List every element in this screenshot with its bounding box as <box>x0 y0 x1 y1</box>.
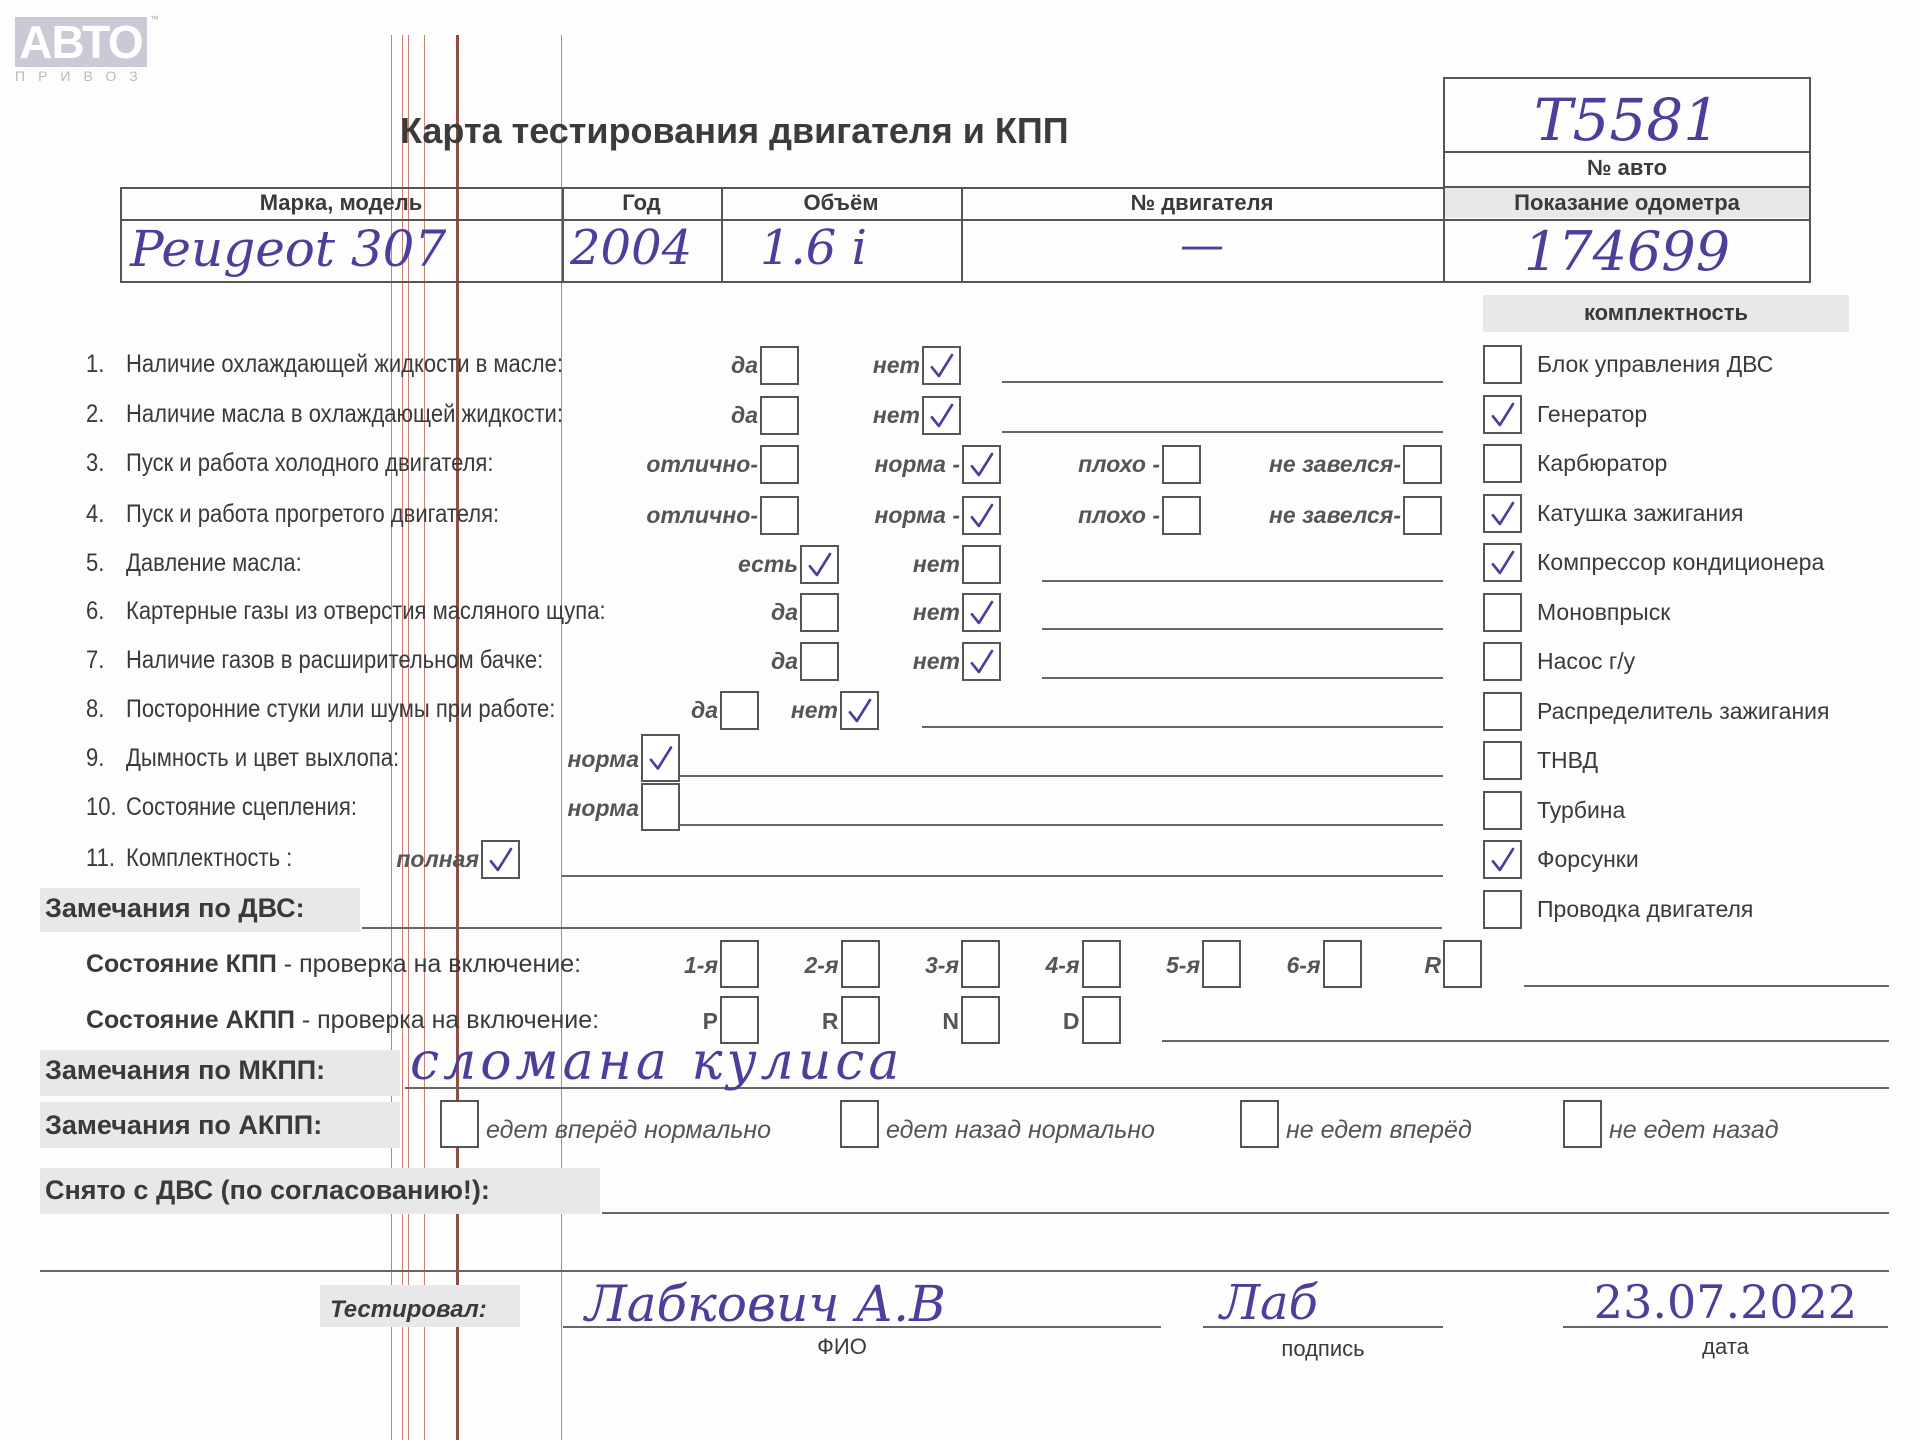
gear-label: 3-я <box>861 952 959 979</box>
auto-remark-label: не едет вперёд <box>1286 1116 1472 1145</box>
completeness-item-label: ТНВД <box>1537 747 1598 774</box>
signature-caption: подпись <box>1203 1336 1443 1362</box>
check-label: Картерные газы из отверстия масляного щу… <box>126 597 606 626</box>
completeness-item-label: Насос г/у <box>1537 648 1635 675</box>
remarks-manual-value[interactable]: сломана кулиса <box>410 1032 903 1092</box>
completeness-checkbox[interactable] <box>1483 642 1522 681</box>
checkmark-icon <box>643 736 678 780</box>
completeness-checkbox[interactable] <box>1483 840 1522 879</box>
check-label: Наличие охлаждающей жидкости в масле: <box>126 350 563 379</box>
completeness-checkbox[interactable] <box>1483 543 1522 582</box>
manual-gearbox-desc: - проверка на включение: <box>277 950 581 978</box>
notes-field[interactable] <box>1002 431 1443 433</box>
option-label: нет <box>660 352 920 379</box>
check-number: 10. <box>86 793 121 822</box>
gear-checkbox[interactable] <box>1443 940 1482 988</box>
completeness-item-label: Моновпрыск <box>1537 599 1670 626</box>
auto-remark-label: едет назад нормально <box>886 1116 1155 1145</box>
check-number: 2. <box>86 400 121 429</box>
manual-gearbox-title: Состояние КПП <box>86 950 277 978</box>
checkmark-icon <box>964 644 999 679</box>
option-checkbox[interactable] <box>962 642 1001 681</box>
gear-label: N <box>861 1008 959 1035</box>
car-number-label: № авто <box>1443 155 1811 181</box>
check-number: 9. <box>86 744 121 773</box>
auto-gearbox-desc: - проверка на включение: <box>295 1006 599 1034</box>
auto-remark-label: едет вперёд нормально <box>486 1116 771 1145</box>
auto-remark-checkbox[interactable] <box>1240 1100 1279 1148</box>
completeness-checkbox[interactable] <box>1483 494 1522 533</box>
removed-parts-label: Снято с ДВС (по согласованию!): <box>45 1175 490 1206</box>
gear-label: D <box>982 1008 1080 1035</box>
page-title: Карта тестирования двигателя и КПП <box>400 110 1069 152</box>
col-engine-number: № двигателя <box>961 190 1443 216</box>
completeness-checkbox[interactable] <box>1483 741 1522 780</box>
checkmark-icon <box>842 693 877 728</box>
option-label: не завелся- <box>1050 451 1401 478</box>
remarks-engine-label: Замечания по ДВС: <box>45 893 305 924</box>
auto-remark-checkbox[interactable] <box>440 1100 479 1148</box>
completeness-item-label: Карбюратор <box>1537 450 1667 477</box>
check-number: 4. <box>86 500 121 529</box>
checkmark-icon <box>964 595 999 630</box>
option-label: нет <box>700 551 960 578</box>
engine-number-value[interactable]: — <box>961 220 1443 271</box>
completeness-checkbox[interactable] <box>1483 791 1522 830</box>
divider <box>40 1270 1889 1272</box>
completeness-title: комплектность <box>1483 300 1849 326</box>
check-label: Наличие масла в охлаждающей жидкости: <box>126 400 563 429</box>
checkmark-icon <box>924 348 959 383</box>
auto-remark-checkbox[interactable] <box>1563 1100 1602 1148</box>
remarks-manual-label: Замечания по МКПП: <box>45 1055 325 1086</box>
col-volume: Объём <box>721 190 961 216</box>
volume-value[interactable]: 1.6 i <box>760 220 950 276</box>
gear-label: 6-я <box>1223 952 1321 979</box>
option-label: норма <box>340 795 639 822</box>
gear-label: P <box>620 1008 718 1035</box>
notes-field[interactable] <box>1042 580 1443 582</box>
checkmark-icon <box>1485 842 1520 877</box>
option-checkbox[interactable] <box>641 734 680 782</box>
notes-field[interactable] <box>562 875 1443 877</box>
check-number: 5. <box>86 549 121 578</box>
completeness-checkbox[interactable] <box>1483 890 1522 929</box>
col-make-model: Марка, модель <box>120 190 562 216</box>
completeness-item-label: Блок управления ДВС <box>1537 351 1773 378</box>
checkmark-icon <box>1485 545 1520 580</box>
date-caption: дата <box>1563 1334 1888 1360</box>
option-label: нет <box>700 599 960 626</box>
check-number: 8. <box>86 695 121 724</box>
auto-remark-label: не едет назад <box>1609 1116 1779 1145</box>
option-checkbox[interactable] <box>962 545 1001 584</box>
trademark: ™ <box>150 14 159 24</box>
odometer-value[interactable]: 174699 <box>1443 220 1811 283</box>
option-checkbox[interactable] <box>1403 445 1442 484</box>
check-number: 3. <box>86 449 121 478</box>
year-value[interactable]: 2004 <box>570 220 720 276</box>
auto-gearbox-note-field[interactable] <box>1162 1040 1889 1042</box>
notes-field[interactable] <box>1042 628 1443 630</box>
checkmark-icon <box>1485 397 1520 432</box>
name-caption: ФИО <box>563 1334 1121 1360</box>
completeness-checkbox[interactable] <box>1483 395 1522 434</box>
date-value[interactable]: 23.07.2022 <box>1563 1275 1888 1329</box>
check-label: Давление масла: <box>126 549 302 578</box>
check-number: 7. <box>86 646 121 675</box>
remarks-auto-label: Замечания по АКПП: <box>45 1110 322 1141</box>
gear-label: R <box>741 1008 839 1035</box>
check-label: Наличие газов в расширительном бачке: <box>126 646 543 675</box>
gear-label: 1-я <box>620 952 718 979</box>
option-label: полная <box>170 846 479 873</box>
gear-label: R <box>1343 952 1441 979</box>
option-checkbox[interactable] <box>481 840 520 879</box>
option-checkbox[interactable] <box>962 593 1001 632</box>
checkmark-icon <box>924 398 959 433</box>
notes-field[interactable] <box>680 824 1443 826</box>
auto-gearbox-label: Состояние АКПП - проверка на включение: <box>86 1006 599 1035</box>
auto-remark-checkbox[interactable] <box>840 1100 879 1148</box>
col-odometer: Показание одометра <box>1443 190 1811 216</box>
auto-gearbox-title: Состояние АКПП <box>86 1006 295 1034</box>
brand-logo-subtitle: ПРИВОЗ <box>15 68 151 84</box>
gear-label: 5-я <box>1102 952 1200 979</box>
notes-field[interactable] <box>680 775 1443 777</box>
gear-label: 4-я <box>982 952 1080 979</box>
completeness-checkbox[interactable] <box>1483 692 1522 731</box>
col-year: Год <box>562 190 721 216</box>
tester-name-value[interactable]: Лабкович А.В <box>585 1275 946 1333</box>
make-model-value[interactable]: Peugeot 307 <box>130 220 560 278</box>
option-label: нет <box>700 648 960 675</box>
option-checkbox[interactable] <box>922 346 961 385</box>
option-checkbox[interactable] <box>840 691 879 730</box>
checkmark-icon <box>483 842 518 877</box>
option-label: нет <box>660 402 920 429</box>
option-checkbox[interactable] <box>641 783 680 831</box>
option-label: нет <box>580 697 838 724</box>
manual-gearbox-label: Состояние КПП - проверка на включение: <box>86 950 581 979</box>
completeness-checkbox[interactable] <box>1483 345 1522 384</box>
option-label: не завелся- <box>1050 502 1401 529</box>
tested-by-label: Тестировал: <box>330 1296 487 1324</box>
check-label: Состояние сцепления: <box>126 793 357 822</box>
checkmark-icon <box>1485 496 1520 531</box>
completeness-item-label: Катушка зажигания <box>1537 500 1743 527</box>
check-number: 11. <box>86 844 121 873</box>
completeness-item-label: Генератор <box>1537 401 1647 428</box>
check-number: 1. <box>86 350 121 379</box>
brand-logo: АВТО <box>15 17 147 67</box>
completeness-checkbox[interactable] <box>1483 444 1522 483</box>
gear-checkbox[interactable] <box>1082 996 1121 1044</box>
notes-field[interactable] <box>922 726 1443 728</box>
completeness-item-label: Компрессор кондиционера <box>1537 549 1824 576</box>
remarks-engine-field[interactable] <box>362 927 1442 929</box>
car-number-value[interactable]: T5581 <box>1443 86 1811 154</box>
notes-field[interactable] <box>1042 677 1443 679</box>
completeness-checkbox[interactable] <box>1483 593 1522 632</box>
completeness-item-label: Проводка двигателя <box>1537 896 1753 923</box>
completeness-item-label: Форсунки <box>1537 846 1639 873</box>
manual-gearbox-note-field[interactable] <box>1524 985 1889 987</box>
completeness-item-label: Распределитель зажигания <box>1537 698 1829 725</box>
completeness-item-label: Турбина <box>1537 797 1625 824</box>
option-checkbox[interactable] <box>922 396 961 435</box>
notes-field[interactable] <box>1002 381 1443 383</box>
signature-value[interactable]: Лаб <box>1220 1275 1318 1331</box>
check-number: 6. <box>86 597 121 626</box>
gear-label: 2-я <box>741 952 839 979</box>
option-checkbox[interactable] <box>1403 496 1442 535</box>
removed-parts-field[interactable] <box>602 1212 1889 1214</box>
option-label: норма <box>340 746 639 773</box>
